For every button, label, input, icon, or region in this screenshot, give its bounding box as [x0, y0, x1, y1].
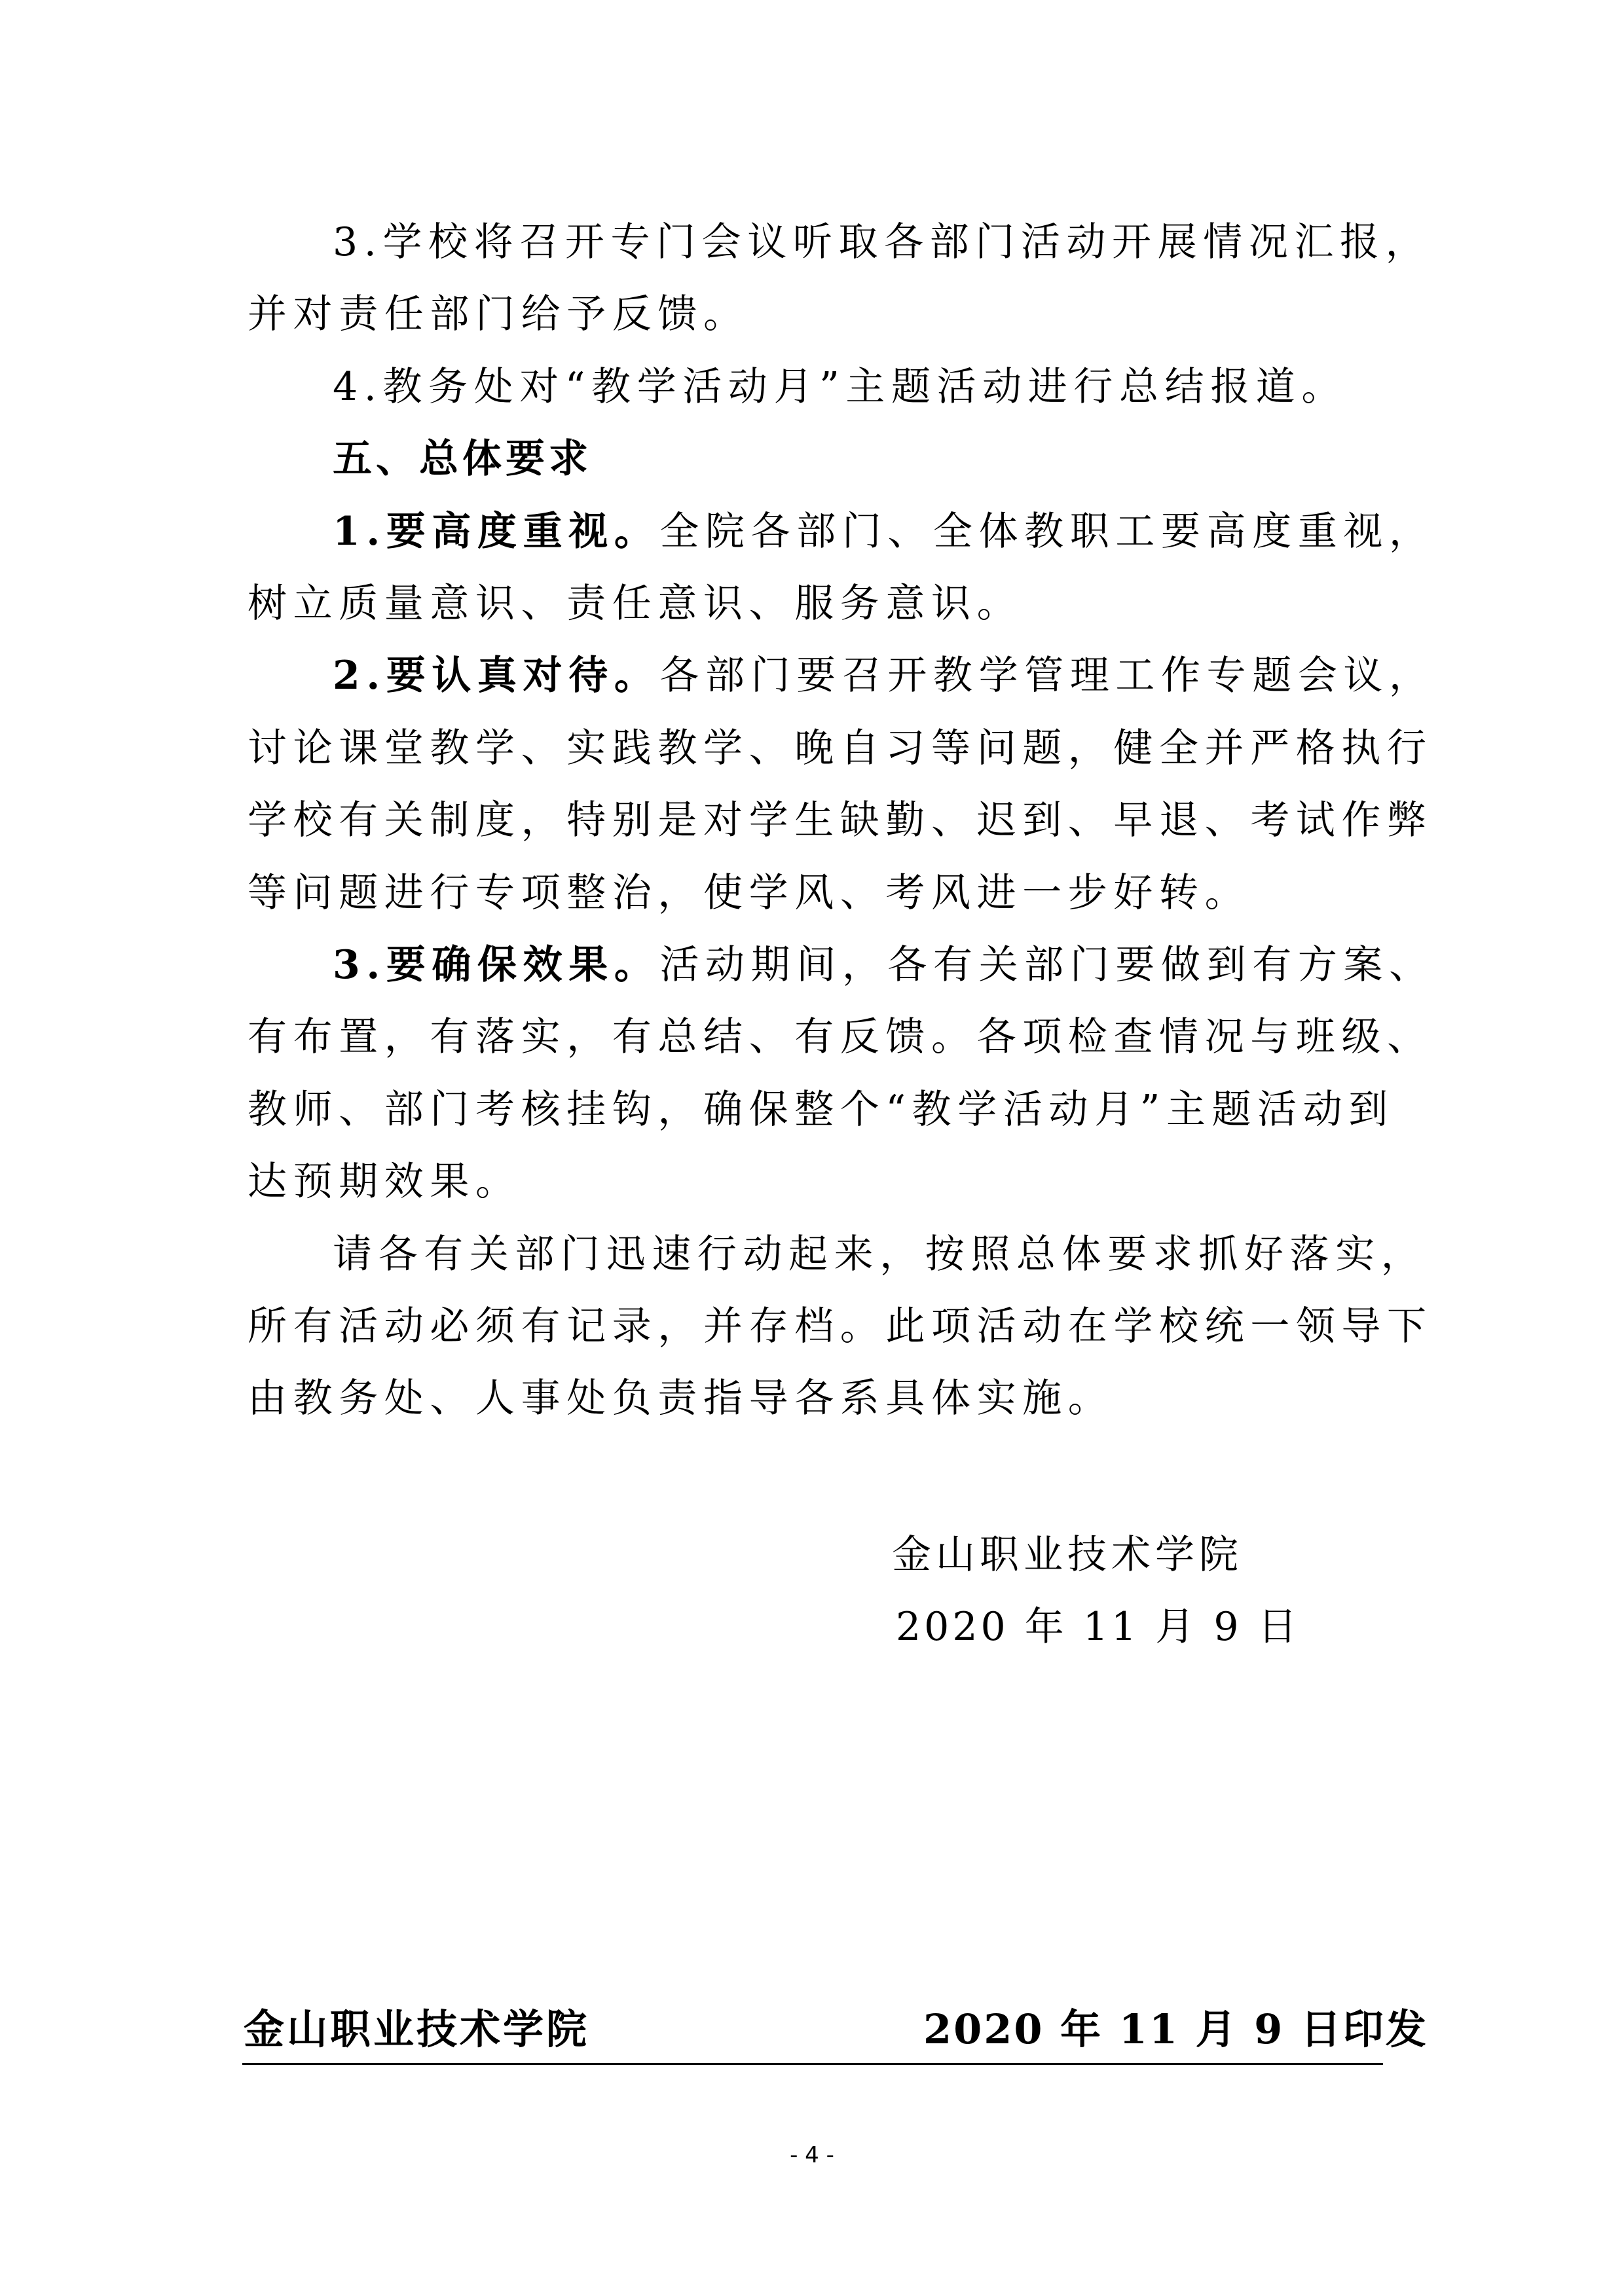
body-text: 所有活动必须有记录，并存档。此项活动在学校统一领导下 [248, 1303, 1433, 1349]
body-text: 树立质量意识、责任意识、服务意识。 [248, 581, 1022, 627]
body-line: 教师、部门考核挂钩，确保整个“教学活动月”主题活动到 [248, 1074, 1400, 1146]
body-text: 4.教务处对“教学活动月”主题活动进行总结报道。 [333, 364, 1347, 410]
body-line-item-3: 3.学校将召开专门会议听取各部门活动开展情况汇报， [333, 206, 1400, 278]
body-text: 全院各部门、全体教职工要高度重视， [659, 509, 1434, 555]
body-text: 活动期间，各有关部门要做到有方案、 [659, 942, 1434, 988]
body-text: 学校有关制度，特别是对学生缺勤、迟到、早退、考试作弊 [248, 797, 1433, 843]
signature-org: 金山职业技术学院 [892, 1519, 1243, 1591]
signature-date: 2020 年 11 月 9 日 [896, 1591, 1301, 1663]
body-line-item-4: 4.教务处对“教学活动月”主题活动进行总结报道。 [333, 351, 1400, 423]
body-text: 请各有关部门迅速行动起来，按照总体要求抓好落实， [333, 1231, 1426, 1277]
body-line: 讨论课堂教学、实践教学、晚自习等问题，健全并严格执行 [248, 712, 1400, 784]
section-heading: 五、总体要求 [333, 423, 1400, 495]
body-line: 所有活动必须有记录，并存档。此项活动在学校统一领导下 [248, 1290, 1400, 1362]
body-text: 3.学校将召开专门会议听取各部门活动开展情况汇报， [333, 219, 1431, 265]
body-text: 等问题进行专项整治，使学风、考风进一步好转。 [248, 870, 1250, 916]
body-line: 由教务处、人事处负责指导各系具体实施。 [248, 1362, 1400, 1434]
body-text: 教师、部门考核挂钩，确保整个“教学活动月”主题活动到 [248, 1087, 1394, 1133]
footer-issuer: 金山职业技术学院 [244, 1997, 589, 2062]
body-line: 达预期效果。 [248, 1146, 1400, 1218]
page-number: - 4 - [747, 2136, 877, 2175]
body-line: 学校有关制度，特别是对学生缺勤、迟到、早退、考试作弊 [248, 784, 1400, 856]
body-text: 达预期效果。 [248, 1159, 521, 1205]
footer-divider [242, 2063, 1383, 2065]
section-heading-text: 五、总体要求 [333, 436, 592, 482]
body-line: 树立质量意识、责任意识、服务意识。 [248, 568, 1400, 640]
requirement-2: 2.要认真对待。各部门要召开教学管理工作专题会议， [333, 640, 1400, 712]
body-line: 并对责任部门给予反馈。 [248, 278, 1400, 350]
body-text: 讨论课堂教学、实践教学、晚自习等问题，健全并严格执行 [248, 725, 1433, 771]
body-line: 等问题进行专项整治，使学风、考风进一步好转。 [248, 857, 1400, 929]
body-text: 有布置，有落实，有总结、有反馈。各项检查情况与班级、 [248, 1014, 1433, 1060]
body-text: 由教务处、人事处负责指导各系具体实施。 [248, 1376, 1113, 1421]
body-text: 并对责任部门给予反馈。 [248, 291, 749, 337]
body-line: 有布置，有落实，有总结、有反馈。各项检查情况与班级、 [248, 1001, 1400, 1073]
closing-paragraph: 请各有关部门迅速行动起来，按照总体要求抓好落实， [333, 1218, 1400, 1290]
requirement-3: 3.要确保效果。活动期间，各有关部门要做到有方案、 [333, 929, 1400, 1001]
requirement-lead: 1.要高度重视。 [333, 509, 659, 555]
requirement-1: 1.要高度重视。全院各部门、全体教职工要高度重视， [333, 496, 1400, 568]
body-text: 各部门要召开教学管理工作专题会议， [659, 653, 1434, 699]
document-page: 3.学校将召开专门会议听取各部门活动开展情况汇报， 并对责任部门给予反馈。 4.… [0, 0, 1624, 2296]
requirement-lead: 3.要确保效果。 [333, 942, 659, 988]
footer-issue-date: 2020 年 11 月 9 日印发 [923, 1997, 1428, 2062]
requirement-lead: 2.要认真对待。 [333, 653, 659, 699]
